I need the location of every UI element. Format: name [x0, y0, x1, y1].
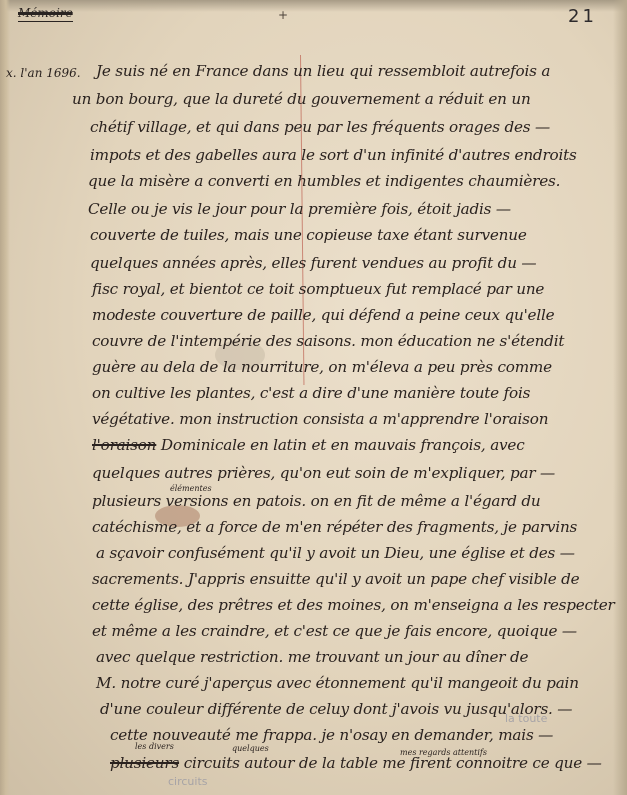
page-top-edge — [0, 0, 627, 12]
text-line-27-body: circuits autour de la table me firent co… — [184, 754, 602, 772]
struck-word: l'oraison — [92, 436, 156, 454]
text-line-15: l'oraison Dominicale en latin et en mauv… — [92, 438, 525, 453]
text-line-4: impots et des gabelles aura le sort d'un… — [90, 148, 577, 163]
text-line-6: Celle ou je vis le jour pour la première… — [88, 202, 511, 217]
text-line-12: guère au dela de la nourriture, on m'éle… — [92, 360, 552, 375]
text-line-8: quelques années après, elles furent vend… — [90, 256, 536, 271]
text-line-14: végétative. mon instruction consista a m… — [92, 412, 548, 427]
text-line-11: couvre de l'intempérie des saisons. mon … — [92, 334, 564, 349]
text-line-26: cette nouveauté me frappa. je n'osay en … — [110, 728, 553, 743]
text-line-24: M. notre curé j'aperçus avec étonnement … — [96, 676, 579, 691]
interlinear-les-divers: les divers — [135, 742, 174, 751]
text-line-5: que la misère a converti en humbles et i… — [88, 174, 560, 189]
struck-heading: Mémoire — [18, 6, 73, 22]
text-line-20: sacrements. J'appris ensuitte qu'il y av… — [92, 572, 579, 587]
page-left-edge — [0, 0, 10, 795]
text-line-9: fisc royal, et bientot ce toit somptueux… — [92, 282, 544, 297]
text-line-21: cette église, des prêtres et des moines,… — [92, 598, 615, 613]
page-right-edge — [613, 0, 627, 795]
text-line-18: catéchisme, et a force de m'en répéter d… — [92, 520, 577, 535]
text-line-25: d'une couleur différente de celuy dont j… — [100, 702, 572, 717]
cross-mark: + — [278, 8, 288, 22]
folio-number: 21 — [568, 6, 597, 27]
text-line-10: modeste couverture de paille, qui défend… — [92, 308, 554, 323]
text-line-22: et même a les craindre, et c'est ce que … — [92, 624, 577, 639]
text-line-15-body: Dominicale en latin et en mauvais franço… — [161, 436, 525, 454]
text-line-23: avec quelque restriction. me trouvant un… — [96, 650, 528, 665]
text-line-7: couverte de tuiles, mais une copieuse ta… — [90, 228, 527, 243]
pencil-annotation-2: circuits — [168, 775, 208, 788]
pencil-annotation-1: la toute — [505, 712, 547, 725]
text-line-17: plusieurs versions en patois. on en fit … — [92, 494, 541, 509]
text-line-1: Je suis né en France dans un lieu qui re… — [96, 64, 550, 79]
margin-date-note: x. l'an 1696. — [6, 66, 81, 80]
text-line-2: un bon bourg, que la dureté du gouvernem… — [72, 92, 531, 107]
text-line-16: quelques autres prières, qu'on eut soin … — [92, 466, 555, 481]
manuscript-page: Mémoire + 21 x. l'an 1696. Je suis né en… — [0, 0, 627, 795]
text-line-13: on cultive les plantes, c'est a dire d'u… — [92, 386, 530, 401]
text-line-19: a sçavoir confusément qu'il y avoit un D… — [96, 546, 575, 561]
struck-word: plusieurs — [110, 754, 179, 772]
interlinear-quelques: quelques — [232, 744, 269, 753]
text-line-27: plusieurs circuits autour de la table me… — [110, 756, 602, 771]
text-line-3: chétif village, et qui dans peu par les … — [90, 120, 550, 135]
